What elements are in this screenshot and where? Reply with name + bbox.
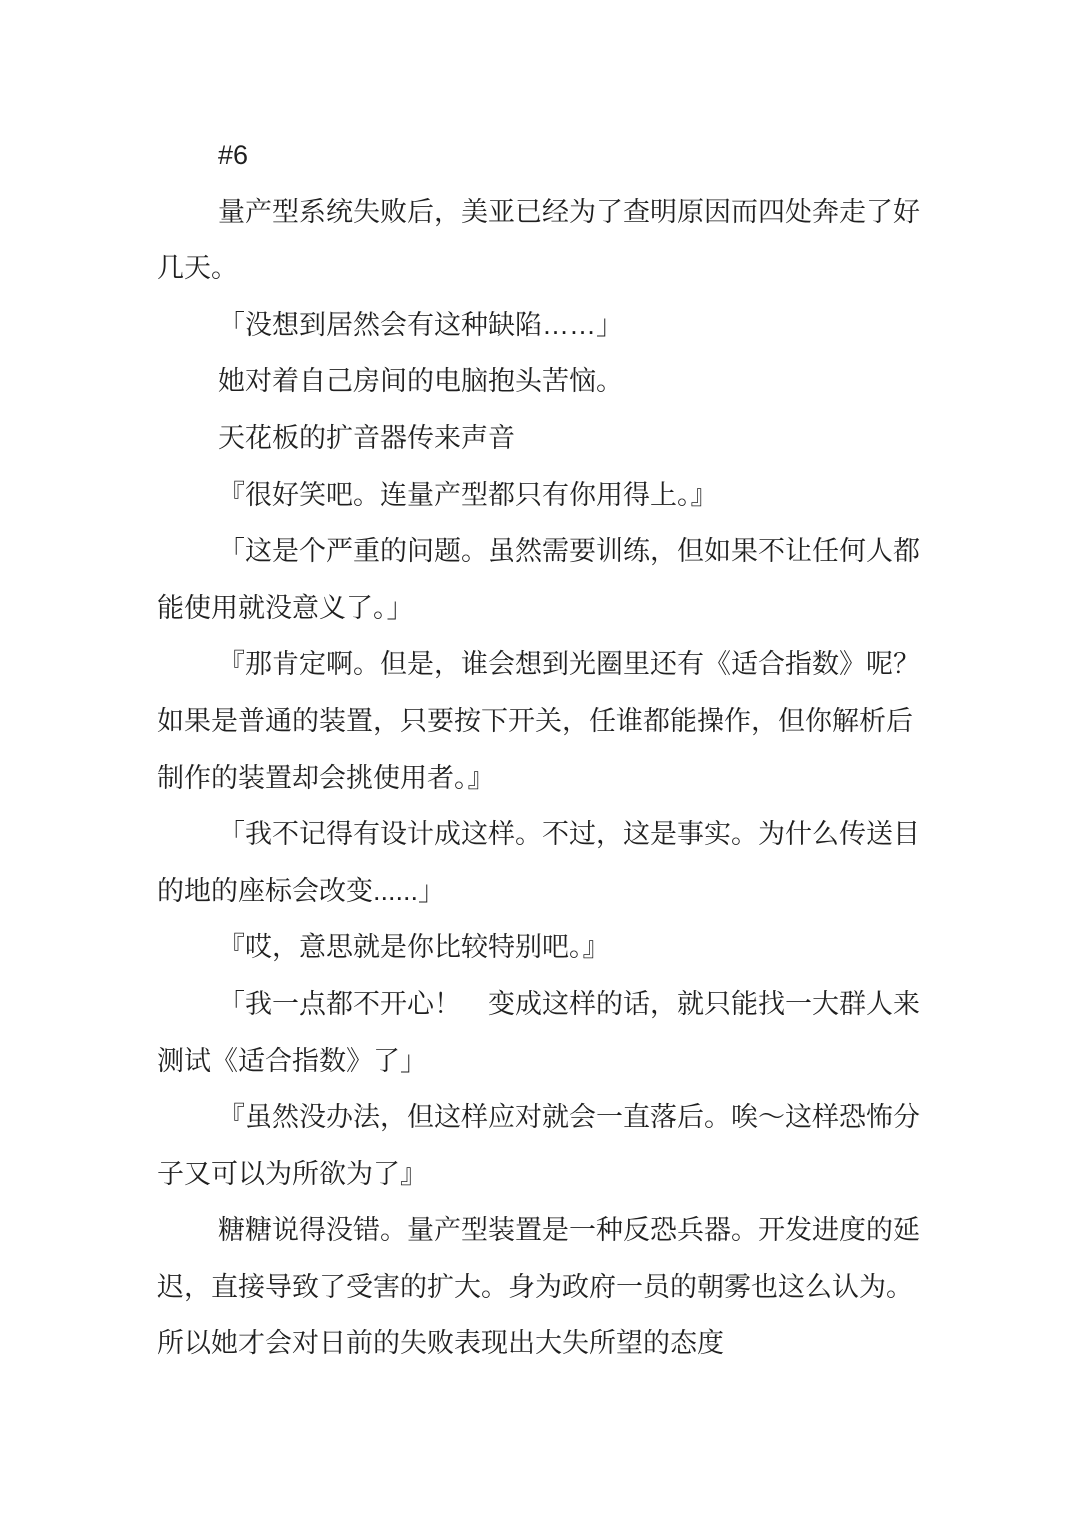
text-line: #6 — [157, 127, 923, 184]
text-line: 「我不记得有设计成这样。不过，这是事实。为什么传送目 — [157, 806, 923, 863]
document-page: #6量产型系统失败后，美亚已经为了查明原因而四处奔走了好几天。「没想到居然会有这… — [0, 0, 1080, 1527]
text-line: 『很好笑吧。连量产型都只有你用得上。』 — [157, 467, 923, 524]
text-line: 她对着自己房间的电脑抱头苦恼。 — [157, 353, 923, 410]
text-line: 「没想到居然会有这种缺陷……」 — [157, 297, 923, 354]
text-line: 糖糖说得没错。量产型装置是一种反恐兵器。开发进度的延 — [157, 1202, 923, 1259]
text-line: 的地的座标会改变......」 — [157, 863, 923, 920]
text-line: 量产型系统失败后，美亚已经为了查明原因而四处奔走了好 — [157, 184, 923, 241]
text-line: 能使用就没意义了。」 — [157, 580, 923, 637]
text-line: 如果是普通的装置，只要按下开关，任谁都能操作，但你解析后 — [157, 693, 923, 750]
text-line: 「这是个严重的问题。虽然需要训练，但如果不让任何人都 — [157, 523, 923, 580]
text-line: 『虽然没办法，但这样应对就会一直落后。唉～这样恐怖分 — [157, 1089, 923, 1146]
page-text: #6量产型系统失败后，美亚已经为了查明原因而四处奔走了好几天。「没想到居然会有这… — [157, 127, 923, 1372]
text-line: 制作的装置却会挑使用者。』 — [157, 750, 923, 807]
text-line: 几天。 — [157, 240, 923, 297]
text-line: 『哎，意思就是你比较特别吧。』 — [157, 919, 923, 976]
text-line: 天花板的扩音器传来声音 — [157, 410, 923, 467]
text-line: 「我一点都不开心！ 变成这样的话，就只能找一大群人来 — [157, 976, 923, 1033]
text-line: 测试《适合指数》了」 — [157, 1033, 923, 1090]
text-line: 迟，直接导致了受害的扩大。身为政府一员的朝雾也这么认为。 — [157, 1259, 923, 1316]
text-line: 『那肯定啊。但是，谁会想到光圈里还有《适合指数》呢？ — [157, 636, 923, 693]
text-line: 子又可以为所欲为了』 — [157, 1146, 923, 1203]
text-line: 所以她才会对日前的失败表现出大失所望的态度 — [157, 1315, 923, 1372]
